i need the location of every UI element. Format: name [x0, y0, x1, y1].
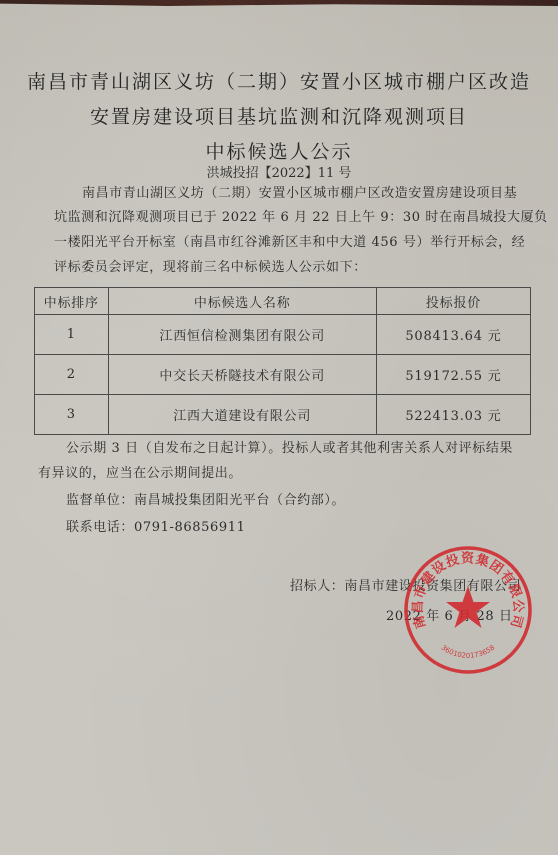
cell-price: 508413.64 元: [376, 315, 530, 355]
notice-line-2: 有异议的，应当在公示期间提出。: [38, 462, 242, 481]
contact-phone: 联系电话：0791-86856911: [66, 516, 245, 535]
table-header-row: 中标排序 中标候选人名称 投标报价: [35, 288, 531, 315]
seal-number: 3601020173658: [440, 644, 497, 660]
cell-name: 江西恒信检测集团有限公司: [108, 315, 376, 355]
svg-text:3601020173658: 3601020173658: [440, 644, 497, 660]
title-line-3: 中标候选人公示: [0, 137, 558, 164]
cell-price: 519172.55 元: [376, 355, 530, 395]
title-line-2: 安置房建设项目基坑监测和沉降观测项目: [0, 102, 558, 129]
intro-line-3: 一楼阳光平台开标室（南昌市红谷滩新区丰和中大道 456 号）举行开标会，经: [54, 231, 525, 250]
intro-line-2: 坑监测和沉降观测项目已于 2022 年 6 月 22 日上午 9：30 时在南昌…: [54, 206, 548, 225]
document-page: 南昌市青山湖区义坊（二期）安置小区城市棚户区改造 安置房建设项目基坑监测和沉降观…: [0, 4, 558, 855]
header-name: 中标候选人名称: [108, 288, 376, 315]
intro-line-4: 评标委员会评定，现将前三名中标候选人公示如下：: [54, 256, 367, 275]
notice-line-1: 公示期 3 日（自发布之日起计算）。投标人或者其他利害关系人对评标结果: [66, 437, 513, 456]
cell-price: 522413.03 元: [376, 395, 530, 435]
cell-rank: 2: [35, 355, 109, 395]
supervisor-text: 监督单位：南昌城投集团阳光平台（合约部）。: [66, 489, 345, 508]
document-number: 洪城投招【2022】11 号: [0, 162, 558, 181]
title-line-1: 南昌市青山湖区义坊（二期）安置小区城市棚户区改造: [0, 67, 558, 94]
candidates-table: 中标排序 中标候选人名称 投标报价 1 江西恒信检测集团有限公司 508413.…: [34, 287, 531, 435]
header-price: 投标报价: [376, 288, 530, 315]
cell-name: 中交长天桥隧技术有限公司: [108, 355, 376, 395]
table-row: 2 中交长天桥隧技术有限公司 519172.55 元: [35, 355, 531, 395]
official-seal-icon: 南昌市建设投资集团有限公司 3601020173658: [402, 544, 534, 676]
header-rank: 中标排序: [35, 288, 109, 315]
cell-rank: 1: [35, 315, 109, 355]
cell-rank: 3: [35, 395, 109, 435]
cell-name: 江西大道建设有限公司: [108, 395, 376, 435]
intro-line-1: 南昌市青山湖区义坊（二期）安置小区城市棚户区改造安置房建设项目基: [82, 182, 517, 201]
table-row: 3 江西大道建设有限公司 522413.03 元: [35, 395, 531, 435]
table-row: 1 江西恒信检测集团有限公司 508413.64 元: [35, 315, 531, 355]
